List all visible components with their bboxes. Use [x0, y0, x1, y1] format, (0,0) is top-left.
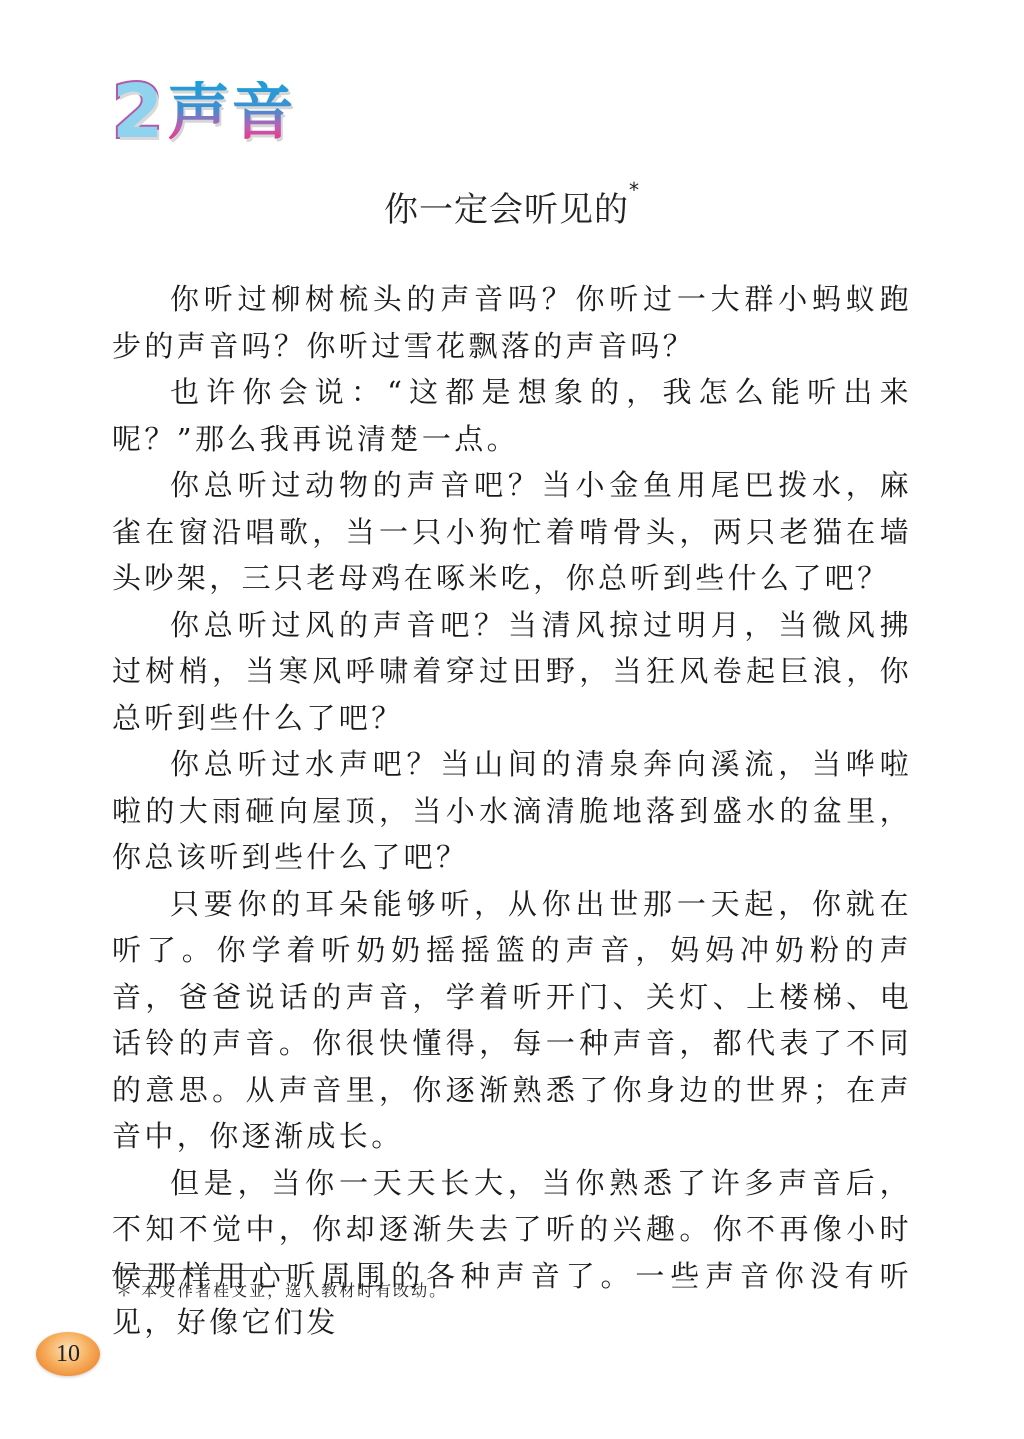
- page-number-badge: 10: [36, 1332, 100, 1376]
- unit-title: 声音: [168, 81, 296, 143]
- footnote-divider: [112, 1270, 290, 1271]
- paragraph: 你总听过水声吧？当山间的清泉奔向溪流，当哗啦啦的大雨砸向屋顶，当小水滴清脆地落到…: [112, 741, 912, 881]
- paragraph: 你总听过动物的声音吧？当小金鱼用尾巴拨水，麻雀在窗沿唱歌，当一只小狗忙着啃骨头，…: [112, 462, 912, 602]
- page-number: 10: [56, 1341, 80, 1368]
- paragraph: 但是，当你一天天长大，当你熟悉了许多声音后，不知不觉中，你却逐渐失去了听的兴趣。…: [112, 1160, 912, 1346]
- paragraph: 只要你的耳朵能够听，从你出世那一天起，你就在听了。你学着听奶奶摇摇篮的声音，妈妈…: [112, 881, 912, 1160]
- paragraph: 你听过柳树梳头的声音吗？你听过一大群小蚂蚁跑步的声音吗？你听过雪花飘落的声音吗？: [112, 276, 912, 369]
- unit-header: 2 声音: [112, 72, 296, 152]
- footnote: ＊ 本文作者桂文亚，选入教材时有改动。: [116, 1278, 447, 1301]
- footnote-marker: *: [629, 178, 640, 202]
- article-title: 你一定会听见的*: [0, 182, 1024, 231]
- paragraph: 你总听过风的声音吧？当清风掠过明月，当微风拂过树梢，当寒风呼啸着穿过田野，当狂风…: [112, 602, 912, 742]
- article-body: 你听过柳树梳头的声音吗？你听过一大群小蚂蚁跑步的声音吗？你听过雪花飘落的声音吗？…: [112, 276, 912, 1346]
- paragraph: 也许你会说：“这都是想象的，我怎么能听出来呢？”那么我再说清楚一点。: [112, 369, 912, 462]
- unit-number: 2: [112, 75, 164, 149]
- article-title-text: 你一定会听见的: [384, 190, 629, 230]
